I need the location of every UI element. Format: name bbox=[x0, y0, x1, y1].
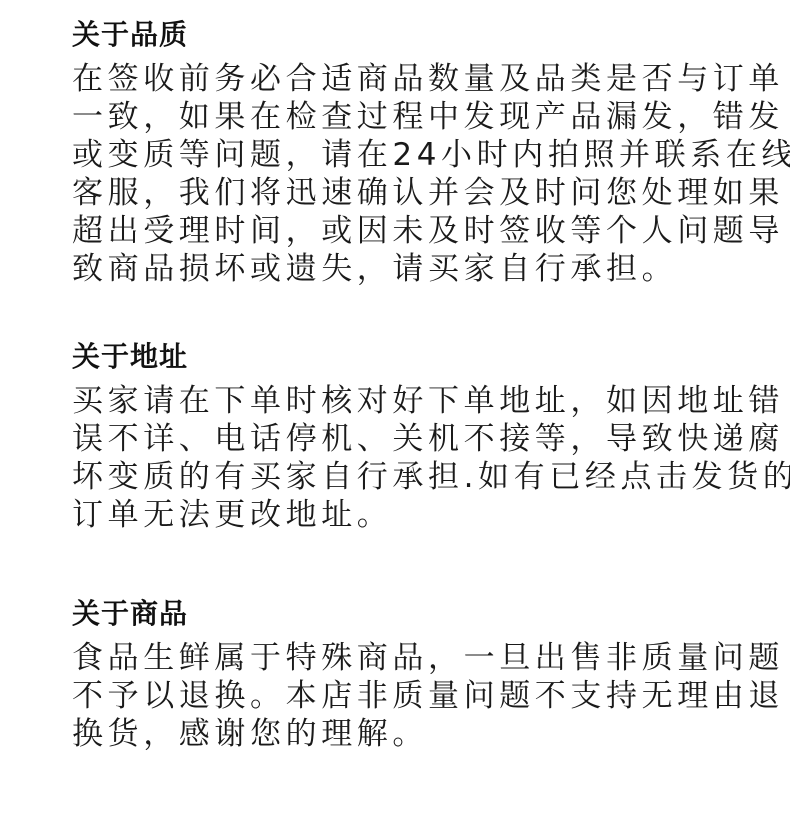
text-line: 或变质等问题，请在24小时内拍照并联系在线 bbox=[72, 136, 752, 174]
text-line: 误不详、电话停机、关机不接等，导致快递腐 bbox=[72, 420, 752, 458]
text-line: 在签收前务必合适商品数量及品类是否与订单 bbox=[72, 60, 752, 98]
section-title-address: 关于地址 bbox=[72, 340, 752, 374]
section-quality: 关于品质 在签收前务必合适商品数量及品类是否与订单 一致，如果在检查过程中发现产… bbox=[72, 18, 752, 288]
section-body-product: 食品生鲜属于特殊商品，一旦出售非质量问题 不予以退换。本店非质量问题不支持无理由… bbox=[72, 639, 752, 753]
text-line: 买家请在下单时核对好下单地址，如因地址错 bbox=[72, 382, 752, 420]
text-line: 一致，如果在检查过程中发现产品漏发，错发 bbox=[72, 98, 752, 136]
text-line: 食品生鲜属于特殊商品，一旦出售非质量问题 bbox=[72, 639, 752, 677]
section-body-quality: 在签收前务必合适商品数量及品类是否与订单 一致，如果在检查过程中发现产品漏发，错… bbox=[72, 60, 752, 288]
text-line: 坏变质的有买家自行承担.如有已经点击发货的 bbox=[72, 458, 752, 496]
text-line: 订单无法更改地址。 bbox=[72, 496, 752, 534]
section-body-address: 买家请在下单时核对好下单地址，如因地址错 误不详、电话停机、关机不接等，导致快递… bbox=[72, 382, 752, 534]
text-line: 换货，感谢您的理解。 bbox=[72, 715, 752, 753]
text-line: 致商品损坏或遗失，请买家自行承担。 bbox=[72, 250, 752, 288]
text-line: 超出受理时间，或因未及时签收等个人问题导 bbox=[72, 212, 752, 250]
section-title-product: 关于商品 bbox=[72, 597, 752, 631]
section-title-quality: 关于品质 bbox=[72, 18, 752, 52]
section-address: 关于地址 买家请在下单时核对好下单地址，如因地址错 误不详、电话停机、关机不接等… bbox=[72, 340, 752, 534]
text-line: 客服，我们将迅速确认并会及时问您处理如果 bbox=[72, 174, 752, 212]
section-product: 关于商品 食品生鲜属于特殊商品，一旦出售非质量问题 不予以退换。本店非质量问题不… bbox=[72, 597, 752, 753]
text-line: 不予以退换。本店非质量问题不支持无理由退 bbox=[72, 677, 752, 715]
